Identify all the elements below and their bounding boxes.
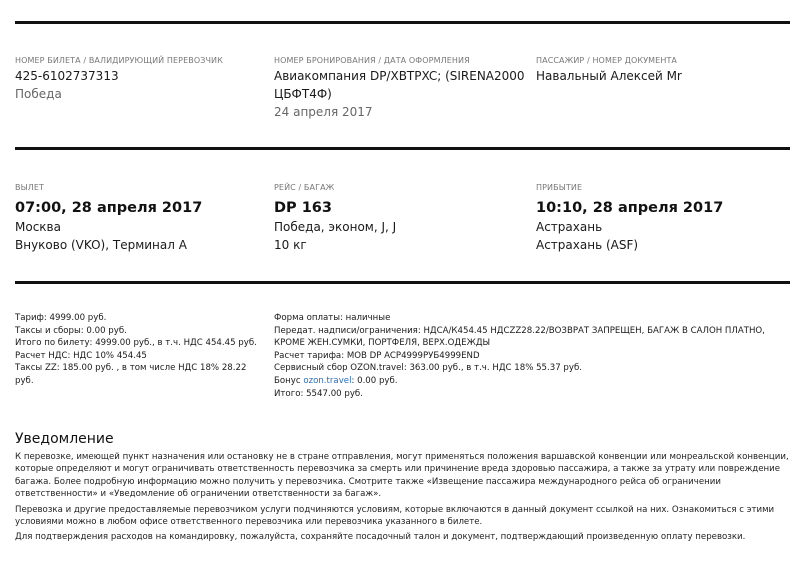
baggage-allowance: 10 кг (274, 236, 524, 254)
bonus-prefix: Бонус (274, 376, 303, 386)
middle-divider (15, 147, 790, 150)
notice-body: К перевозке, имеющей пункт назначения ил… (15, 451, 795, 547)
bottom-divider (15, 281, 790, 284)
fare-calculation: Расчет тарифа: MOB DP ACP4999РУБ4999END (274, 350, 794, 363)
departure-time: 07:00, 28 апреля 2017 (15, 198, 260, 218)
payment-form: Форма оплаты: наличные (274, 312, 794, 325)
flight-class: Победа, эконом, J, J (274, 218, 524, 236)
flight-block: РЕЙС / БАГАЖ DP 163 Победа, эконом, J, J… (274, 183, 524, 254)
fare-summary: Тариф: 4999.00 руб. Таксы и сборы: 0.00 … (15, 312, 265, 388)
arrival-label: ПРИБЫТИЕ (536, 183, 786, 192)
fare-line: Расчет НДС: НДС 10% 454.45 (15, 350, 265, 363)
top-divider (15, 21, 790, 24)
notice-paragraph: Для подтверждения расходов на командиров… (15, 531, 795, 543)
passenger-label: ПАССАЖИР / НОМЕР ДОКУМЕНТА (536, 56, 786, 65)
passenger-block: ПАССАЖИР / НОМЕР ДОКУМЕНТА Навальный Але… (536, 56, 786, 85)
flight-number: DP 163 (274, 198, 524, 218)
arrival-airport: Астрахань (ASF) (536, 236, 786, 254)
endorsements-line2: КРОМЕ ЖЕН.СУМКИ, ПОРТФЕЛЯ, ВЕРХ.ОДЕЖДЫ (274, 337, 794, 350)
booking-reference-line1: Авиакомпания DP/XBTPXC; (SIRENA2000 (274, 67, 534, 85)
departure-city: Москва (15, 218, 260, 236)
arrival-block: ПРИБЫТИЕ 10:10, 28 апреля 2017 Астрахань… (536, 183, 786, 254)
fare-line: Таксы ZZ: 185.00 руб. , в том числе НДС … (15, 362, 265, 375)
departure-airport: Внуково (VKO), Терминал A (15, 236, 260, 254)
ticket-number: 425-6102737313 (15, 67, 260, 85)
notice-paragraph: К перевозке, имеющей пункт назначения ил… (15, 451, 795, 501)
booking-reference-line2: ЦБФТ4Ф) (274, 85, 534, 103)
arrival-time: 10:10, 28 апреля 2017 (536, 198, 786, 218)
grand-total: Итого: 5547.00 руб. (274, 388, 794, 401)
service-fee: Сервисный сбор OZON.travel: 363.00 руб.,… (274, 362, 794, 375)
flight-label: РЕЙС / БАГАЖ (274, 183, 524, 192)
booking-label: НОМЕР БРОНИРОВАНИЯ / ДАТА ОФОРМЛЕНИЯ (274, 56, 534, 65)
passenger-name: Навальный Алексей Mr (536, 67, 786, 85)
validating-carrier: Победа (15, 85, 260, 103)
endorsements-line1: Передат. надписи/ограничения: НДСА/К454.… (274, 325, 794, 338)
departure-block: ВЫЛЕТ 07:00, 28 апреля 2017 Москва Внуко… (15, 183, 260, 254)
notice-title: Уведомление (15, 431, 114, 447)
fare-line: Тариф: 4999.00 руб. (15, 312, 265, 325)
booking-block: НОМЕР БРОНИРОВАНИЯ / ДАТА ОФОРМЛЕНИЯ Ави… (274, 56, 534, 121)
fare-line: Таксы и сборы: 0.00 руб. (15, 325, 265, 338)
ticket-number-block: НОМЕР БИЛЕТА / ВАЛИДИРУЮЩИЙ ПЕРЕВОЗЧИК 4… (15, 56, 260, 103)
departure-label: ВЫЛЕТ (15, 183, 260, 192)
ticket-number-label: НОМЕР БИЛЕТА / ВАЛИДИРУЮЩИЙ ПЕРЕВОЗЧИК (15, 56, 260, 65)
bonus-line: Бонус ozon.travel: 0.00 руб. (274, 375, 794, 388)
ozon-travel-link[interactable]: ozon.travel (303, 376, 351, 386)
arrival-city: Астрахань (536, 218, 786, 236)
bonus-amount: : 0.00 руб. (351, 376, 397, 386)
payment-details: Форма оплаты: наличные Передат. надписи/… (274, 312, 794, 400)
notice-paragraph: Перевозка и другие предоставляемые перев… (15, 504, 795, 529)
fare-line: Итого по билету: 4999.00 руб., в т.ч. НД… (15, 337, 265, 350)
fare-line: руб. (15, 375, 265, 388)
issue-date: 24 апреля 2017 (274, 103, 534, 121)
